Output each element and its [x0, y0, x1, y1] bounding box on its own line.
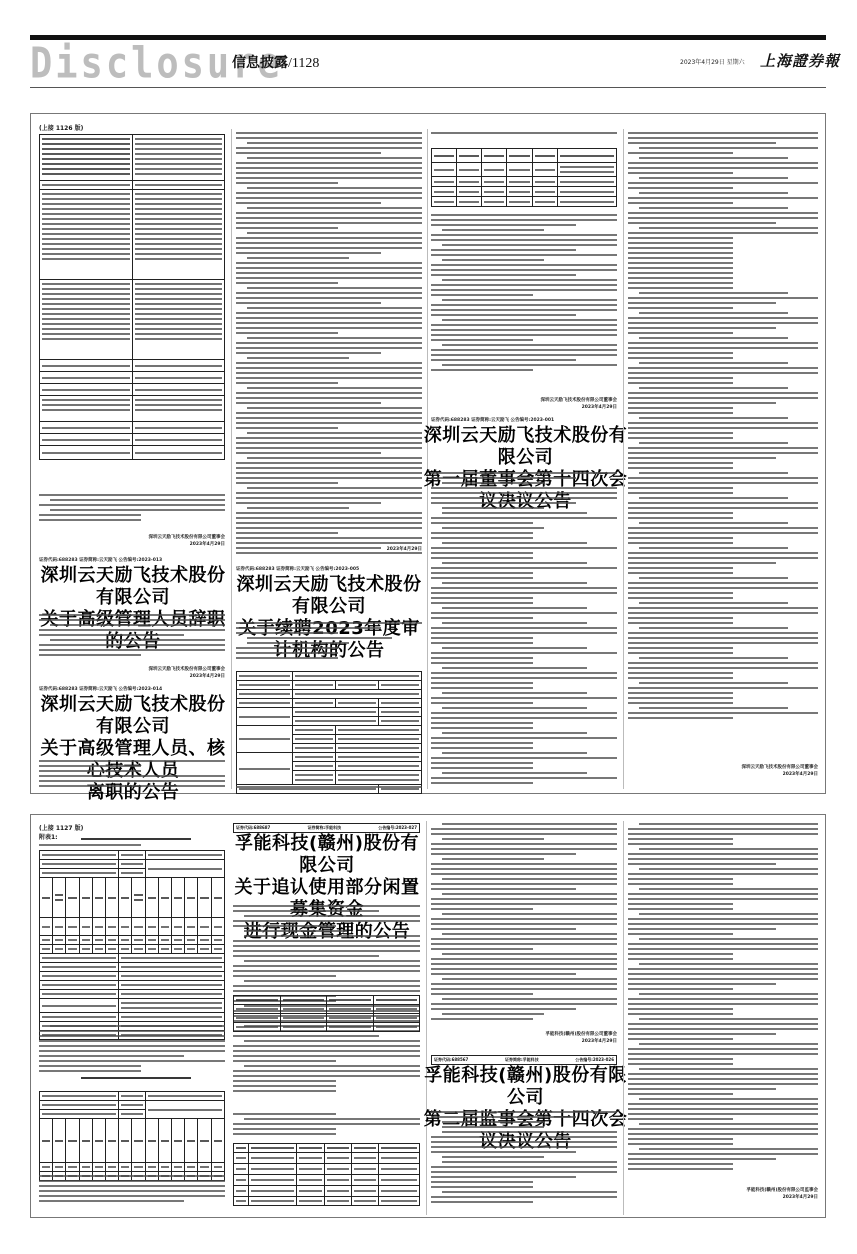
- announcement-codes: 证券代码:688283 证券简称:云天励飞 公告编号:2023-005: [236, 566, 359, 572]
- continued-from-label: (上接 1126 版): [39, 123, 83, 132]
- fund-usage-table-2022: [39, 850, 225, 1040]
- announcement-body: [236, 622, 422, 668]
- masthead-rule: [30, 87, 826, 88]
- table-unit-line: [39, 844, 225, 849]
- announcement-body: [39, 614, 225, 666]
- announcement-codes: 证券代码:688283 证券简称:云天励飞 公告编号:2023-001: [431, 417, 554, 423]
- section-name: 信息披露: [232, 55, 288, 71]
- signoff: 深圳云天励飞技术股份有限公司董事会 2023年4月29日: [39, 534, 225, 548]
- column-4-body: [628, 823, 818, 1183]
- signoff: 深圳云天励飞技术股份有限公司董事会 2023年4月29日: [39, 666, 225, 680]
- column-divider: [623, 821, 624, 1215]
- auditor-info-table: [236, 671, 422, 794]
- column-3-body: [431, 132, 617, 140]
- signoff: 孚能科技(赣州)股份有限公司监事会 2023年4月29日: [628, 1187, 818, 1201]
- page-number: /1128: [288, 56, 319, 71]
- announcement-code-bar: 证券代码:688687 证券简称:孚能科技 公告编号:2023-027: [233, 823, 420, 833]
- signoff: 孚能科技(赣州)股份有限公司董事会 2023年4月29日: [431, 1031, 617, 1045]
- announcement-body: [233, 1113, 420, 1143]
- newspaper-name: 上海證券報: [760, 50, 840, 71]
- cash-management-table: [233, 1143, 420, 1206]
- board-member-table: [431, 148, 617, 207]
- announcement-body: [39, 760, 225, 792]
- fund-allocation-table: [233, 995, 420, 1032]
- signoff: 深圳云天励飞技术股份有限公司董事会 2023年4月29日: [628, 764, 818, 778]
- announcement-codes: 证券代码:688283 证券简称:云天励飞 公告编号:2023-014: [39, 686, 162, 692]
- column-divider: [623, 129, 624, 789]
- body-text: [39, 494, 225, 534]
- issue-date: 2023年4月29日 星期六: [680, 57, 745, 66]
- table-caption: [81, 1077, 191, 1082]
- column-divider: [426, 821, 427, 1215]
- signoff-date: 2023年4月29日: [236, 546, 422, 553]
- table-notes: [39, 1025, 225, 1085]
- column-4-body: [628, 132, 818, 760]
- column-3-body: [431, 214, 617, 389]
- column-3-body: [431, 823, 617, 1028]
- table-caption: [81, 838, 191, 843]
- announcement-code-bar: 证券代码:688567 证券简称:孚能科技 公告编号:2023-026: [431, 1055, 617, 1065]
- announcement-codes: 证券代码:688283 证券简称:云天励飞 公告编号:2023-013: [39, 557, 162, 563]
- top-announcement-frame: (上接 1126 版) 深圳云天励飞技术股份有限公司董事会 2023年4月29日…: [30, 113, 826, 794]
- attachment-label: 附表1:: [39, 832, 58, 841]
- column-divider: [231, 129, 232, 789]
- continued-from-label: (上接 1127 版): [39, 823, 83, 832]
- column-2-body: [236, 132, 422, 564]
- announcement-body: [236, 786, 422, 792]
- fund-usage-table-2021: [39, 1091, 225, 1181]
- announcement-body: [431, 472, 617, 790]
- announcement-body: [431, 1111, 617, 1211]
- amendment-comparison-table: [39, 134, 225, 460]
- bottom-announcement-frame: (上接 1127 版) 附表1: 证券代码:688687: [30, 814, 826, 1218]
- signoff: 深圳云天励飞技术股份有限公司董事会 2023年4月29日: [431, 397, 617, 411]
- table-notes: [39, 1175, 225, 1211]
- section-title: 信息披露/1128: [232, 52, 319, 72]
